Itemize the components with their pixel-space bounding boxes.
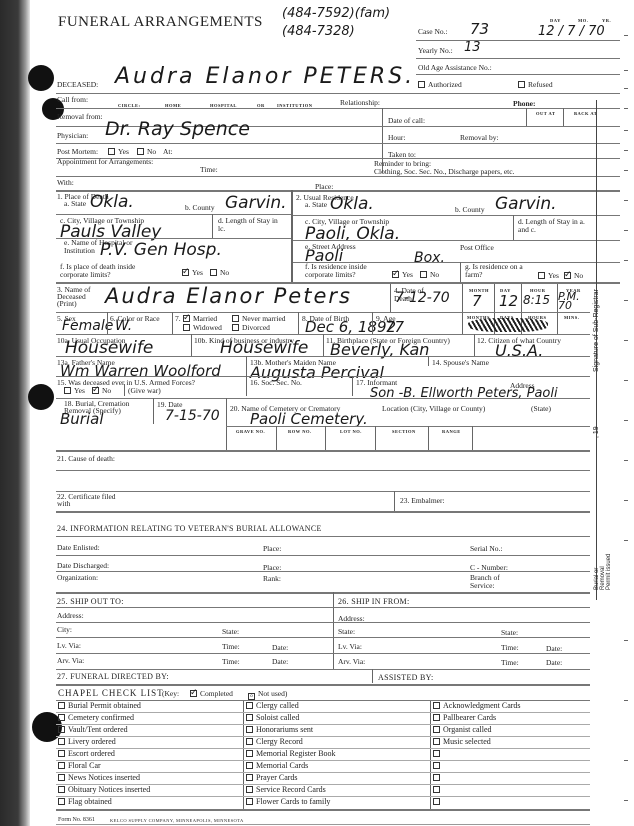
color-value[interactable]: W. <box>115 318 132 334</box>
pod-corp-label: f. Is place of death inside corporate li… <box>60 263 160 279</box>
date-discharged-label: Date Discharged: <box>57 561 109 570</box>
business-value[interactable]: Housewife <box>220 338 308 358</box>
phone-label: Phone: <box>513 99 536 108</box>
in-arv-time-label: Time: <box>501 658 519 667</box>
res-city-value[interactable]: Paoli, Okla. <box>305 224 400 244</box>
checkbox[interactable] <box>246 774 253 781</box>
hospital-option[interactable]: HOSPITAL <box>210 103 237 108</box>
checkbox[interactable] <box>433 702 440 709</box>
check-soloist-called[interactable]: Soloist called <box>246 713 299 722</box>
check-pallbearer[interactable]: Pallbearer Cards <box>433 713 496 722</box>
checkbox[interactable] <box>433 738 440 745</box>
case-date-value[interactable]: 12 / 7 / 70 <box>538 24 605 39</box>
checkbox[interactable] <box>246 726 253 733</box>
never-married-option[interactable]: Never married <box>232 314 286 323</box>
in-lv-via-label: Lv. Via: <box>338 642 362 651</box>
no-checkbox[interactable] <box>210 269 217 276</box>
check-obituary-notices[interactable]: Obituary Notices inserted <box>58 785 150 794</box>
check-blank-5[interactable] <box>433 797 443 806</box>
lot-no-label: LOT NO. <box>340 429 362 434</box>
out-city-label: City: <box>57 625 72 634</box>
row-no-label: ROW NO. <box>288 429 312 434</box>
check-blank-1[interactable] <box>433 749 443 758</box>
location-label: Location (City, Village or County) <box>382 404 485 413</box>
check-memorial-register[interactable]: Memorial Register Book <box>246 749 336 758</box>
punch-hole <box>28 384 54 410</box>
removal-by-label: Removal by: <box>460 133 499 142</box>
never-married-checkbox[interactable] <box>232 315 239 322</box>
certificate-filed-label: 22. Certificate filed with <box>57 493 117 507</box>
armed-no[interactable]: No <box>92 386 111 395</box>
binder-edge <box>0 0 30 826</box>
rank-label: Rank: <box>263 574 281 583</box>
removal-from-label: Removal from: <box>57 112 103 121</box>
phone-note-2: (484-7328) <box>282 24 355 39</box>
case-no-label: Case No.: <box>418 27 448 36</box>
range-label: RANGE <box>442 429 461 434</box>
check-organist[interactable]: Organist called <box>433 725 492 734</box>
back-at-label: BACK AT <box>574 111 597 116</box>
checkbox[interactable] <box>433 714 440 721</box>
post-office-label: Post Office <box>460 243 494 252</box>
check-blank-2[interactable] <box>433 761 443 770</box>
punch-hole <box>28 65 54 91</box>
check-blank-3[interactable] <box>433 773 443 782</box>
soc-sec-label: 16. Soc. Sec. No. <box>250 378 302 387</box>
serial-no-label: Serial No.: <box>470 544 503 553</box>
check-honorariums[interactable]: Honorariums sent <box>246 725 313 734</box>
check-blank-4[interactable] <box>433 785 443 794</box>
appointment-label: Appointment for Arrangements: <box>57 157 153 166</box>
deceased-label: DECEASED: <box>57 80 98 89</box>
checkbox[interactable] <box>246 798 253 805</box>
farm-yes[interactable]: Yes <box>538 271 559 280</box>
old-age-label: Old Age Assistance No.: <box>418 63 492 72</box>
checkbox[interactable] <box>58 738 65 745</box>
post-mortem-yes[interactable]: Yes <box>108 147 129 156</box>
check-floral-car[interactable]: Floral Car <box>58 761 101 770</box>
check-vault-tent[interactable]: Vault/Tent ordered <box>58 725 128 734</box>
relationship-label: Relationship: <box>340 98 380 107</box>
name-print-label: 3. Name of Deceased (Print) <box>57 286 102 307</box>
farm-label: g. Is residence on a farm? <box>465 263 525 279</box>
with-label: With: <box>57 178 74 187</box>
ship-out-heading: 25. SHIP OUT TO: <box>57 597 124 606</box>
check-escort[interactable]: Escort ordered <box>58 749 115 758</box>
in-state-label-1: State: <box>338 627 355 636</box>
in-arv-via-label: Arv. Via: <box>338 657 365 666</box>
out-at-label: OUT AT <box>536 111 555 116</box>
armed-yes[interactable]: Yes <box>64 386 85 395</box>
death-hour-value[interactable]: 8:15 <box>523 293 550 307</box>
pod-county-value[interactable]: Garvin. <box>225 193 287 213</box>
pod-state-value[interactable]: Okla. <box>90 192 134 212</box>
check-acknowledgment[interactable]: Acknowledgment Cards <box>433 701 521 710</box>
circle-label: CIRCLE: <box>118 103 141 108</box>
yes-checkbox[interactable] <box>182 269 189 276</box>
checkbox[interactable] <box>58 762 65 769</box>
date-enlisted-label: Date Enlisted: <box>57 543 100 552</box>
married-option[interactable]: Married <box>183 314 217 323</box>
post-mortem-label: Post Mortem: <box>57 147 98 156</box>
divorced-option[interactable]: Divorced <box>232 323 270 332</box>
check-flower-cards[interactable]: Flower Cards to family <box>246 797 330 806</box>
key-label: (Key: <box>162 689 179 698</box>
checkbox[interactable] <box>433 750 440 757</box>
yr-label: YR. <box>602 18 611 23</box>
day-label: DAY <box>550 18 561 23</box>
form-title: FUNERAL ARRANGEMENTS <box>58 14 263 31</box>
checkbox[interactable] <box>58 726 65 733</box>
checkbox[interactable] <box>58 786 65 793</box>
checkbox[interactable] <box>433 726 440 733</box>
pod-hospital-value[interactable]: P.V. Gen Hosp. <box>100 240 222 260</box>
pod-corp-no[interactable]: No <box>210 268 229 277</box>
checkbox[interactable] <box>58 714 65 721</box>
checkbox[interactable] <box>246 738 253 745</box>
date-of-call-label: Date of call: <box>388 116 425 125</box>
yearly-no-value[interactable]: 13 <box>464 40 481 55</box>
checkbox[interactable] <box>246 750 253 757</box>
res-corp-yes[interactable]: Yes <box>392 270 413 279</box>
sex-value[interactable]: Female <box>62 318 113 334</box>
publisher: KELCO SUPPLY COMPANY, MINNEAPOLIS, MINNE… <box>110 818 244 823</box>
check-burial-permit[interactable]: Burial Permit obtained <box>58 701 141 710</box>
call-from-label: Call from: <box>57 95 88 104</box>
res-corp-label: f. Is residence inside corporate limits? <box>305 263 385 279</box>
post-office-value[interactable]: Box. <box>414 250 445 266</box>
hour-label: Hour: <box>388 133 406 142</box>
sub-registrar-signature-label: Signature of Sub-Registrar <box>593 289 600 372</box>
disposition-date-value[interactable]: 7-15-70 <box>165 408 220 424</box>
post-mortem-no[interactable]: No <box>137 147 156 156</box>
res-county-value[interactable]: Garvin. <box>495 194 557 214</box>
check-music[interactable]: Music selected <box>433 737 491 746</box>
scribbled-out-area <box>468 318 548 332</box>
check-prayer-cards[interactable]: Prayer Cards <box>246 773 298 782</box>
yearly-no-label: Yearly No.: <box>418 46 453 55</box>
pod-corp-yes[interactable]: Yes <box>182 268 203 277</box>
in-state-label-2: State: <box>501 628 518 637</box>
check-service-record[interactable]: Service Record Cards <box>246 785 326 794</box>
refused-checkbox[interactable] <box>518 81 525 88</box>
death-day-value[interactable]: 12 <box>499 292 518 310</box>
pod-length-label: d. Length of Stay in lc. <box>218 217 278 233</box>
deceased-value[interactable]: Audra Elanor PETERS. <box>115 64 415 89</box>
res-corp-no[interactable]: No <box>420 270 439 279</box>
case-no-value[interactable]: 73 <box>470 20 489 38</box>
checkbox[interactable] <box>246 702 253 709</box>
out-address-label: Address: <box>57 611 84 620</box>
at-label: At: <box>163 147 173 156</box>
widowed-option[interactable]: Widowed <box>183 323 222 332</box>
reminder-items: Clothing, Soc. Sec. No., Discharge paper… <box>374 167 514 176</box>
out-arv-time-label: Time: <box>222 657 240 666</box>
form-number: Form No. 8361 <box>58 817 95 823</box>
res-county-label: b. County <box>455 205 485 214</box>
no-checkbox[interactable] <box>420 271 427 278</box>
checkbox[interactable] <box>246 786 253 793</box>
death-month-value[interactable]: 7 <box>472 292 482 310</box>
check-livery[interactable]: Livery ordered <box>58 737 116 746</box>
branch-label: Branch of Service: <box>470 574 510 590</box>
checkbox[interactable] <box>433 798 440 805</box>
completed-key-icon <box>190 690 197 697</box>
marital-label: 7. <box>175 314 181 323</box>
checkbox[interactable] <box>246 714 253 721</box>
checkbox[interactable] <box>58 774 65 781</box>
yes-checkbox[interactable] <box>538 272 545 279</box>
disposition-type-value[interactable]: Burial <box>60 410 104 428</box>
check-clergy-record[interactable]: Clergy Record <box>246 737 303 746</box>
res-state-value[interactable]: Okla. <box>330 194 374 214</box>
checkbox[interactable] <box>433 762 440 769</box>
ship-in-heading: 26. SHIP IN FROM: <box>338 597 409 606</box>
name-print-value[interactable]: Audra Elanor Peters <box>105 284 352 308</box>
permit-issued-label: Burial or Removal Permit issued <box>594 550 612 590</box>
pod-state-label: a. State <box>64 199 86 208</box>
in-lv-date-label: Date: <box>546 644 562 653</box>
check-flag[interactable]: Flag obtained <box>58 797 112 806</box>
out-lv-via-label: Lv. Via: <box>57 641 81 650</box>
out-arv-via-label: Arv. Via: <box>57 656 84 665</box>
authorized-option[interactable]: Authorized <box>418 80 462 89</box>
veteran-heading: 24. INFORMATION RELATING TO VETERAN'S BU… <box>57 524 322 533</box>
give-war-label: (Give war) <box>128 386 161 395</box>
farm-no[interactable]: No <box>564 271 583 280</box>
death-year-value[interactable]: P.M. 70 <box>558 292 582 310</box>
check-memorial-cards[interactable]: Memorial Cards <box>246 761 308 770</box>
pod-county-label: b. County <box>185 203 215 212</box>
key-not-used: oNot used) <box>248 689 287 700</box>
time-label: Time: <box>200 165 218 174</box>
or-label: OR <box>257 103 265 108</box>
checkbox[interactable] <box>58 798 65 805</box>
res-length-label: d. Length of Stay in a. and c. <box>518 218 593 234</box>
embalmer-label: 23. Embalmer: <box>400 496 445 505</box>
authorized-checkbox[interactable] <box>418 81 425 88</box>
home-option[interactable]: HOME <box>165 103 181 108</box>
check-news-notices[interactable]: News Notices inserted <box>58 773 140 782</box>
res-state-label: a. State <box>305 200 327 209</box>
phone-note-1: (484-7592)(fam) <box>282 6 390 21</box>
checklist-heading: CHAPEL CHECK LIST <box>58 688 164 698</box>
check-cemetery-confirmed[interactable]: Cemetery confirmed <box>58 713 134 722</box>
checkbox[interactable] <box>433 774 440 781</box>
refused-option[interactable]: Refused <box>518 80 553 89</box>
section-label: SECTION <box>392 429 416 434</box>
grave-no-label: GRAVE NO. <box>236 429 265 434</box>
out-lv-date-label: Date: <box>272 643 288 652</box>
key-completed: Completed <box>190 689 233 698</box>
citizen-value[interactable]: U.S.A. <box>495 341 543 360</box>
yes-checkbox[interactable] <box>108 148 115 155</box>
no-checkbox[interactable] <box>564 272 571 279</box>
organization-label: Organization: <box>57 573 98 582</box>
divorced-checkbox[interactable] <box>232 324 239 331</box>
cause-of-death-label: 21. Cause of death: <box>57 454 115 463</box>
in-arv-date-label: Date: <box>546 658 562 667</box>
checkbox[interactable] <box>58 702 65 709</box>
out-arv-date-label: Date: <box>272 657 288 666</box>
directed-by-label: 27. FUNERAL DIRECTED BY: <box>57 672 169 681</box>
check-clergy-called[interactable]: Clergy called <box>246 701 299 710</box>
in-lv-time-label: Time: <box>501 643 519 652</box>
mo-label: MO. <box>578 18 588 23</box>
occupation-value[interactable]: Housewife <box>65 338 153 358</box>
married-checkbox[interactable] <box>183 315 190 322</box>
yes-checkbox[interactable] <box>392 271 399 278</box>
out-state-label: State: <box>222 627 239 636</box>
year-prefix-label: , 19 <box>593 426 600 438</box>
no-checkbox[interactable] <box>92 387 99 394</box>
state-label: (State) <box>531 404 551 413</box>
no-checkbox[interactable] <box>137 148 144 155</box>
checkbox[interactable] <box>246 762 253 769</box>
checkbox[interactable] <box>433 786 440 793</box>
physician-label: Physician: <box>57 131 88 140</box>
yes-checkbox[interactable] <box>64 387 71 394</box>
mins-col-label: MINS. <box>564 315 579 320</box>
enlisted-place-label: Place: <box>263 544 281 553</box>
spouse-label: 14. Spouse's Name <box>432 358 489 367</box>
date-of-death-value[interactable]: 7-12-70 <box>395 290 450 306</box>
not-used-key-icon: o <box>248 693 255 700</box>
out-lv-time-label: Time: <box>222 642 240 651</box>
assisted-by-label: ASSISTED BY: <box>378 673 434 682</box>
institution-option[interactable]: INSTITUTION <box>277 103 313 108</box>
widowed-checkbox[interactable] <box>183 324 190 331</box>
physician-value[interactable]: Dr. Ray Spence <box>105 118 250 140</box>
checkbox[interactable] <box>58 750 65 757</box>
